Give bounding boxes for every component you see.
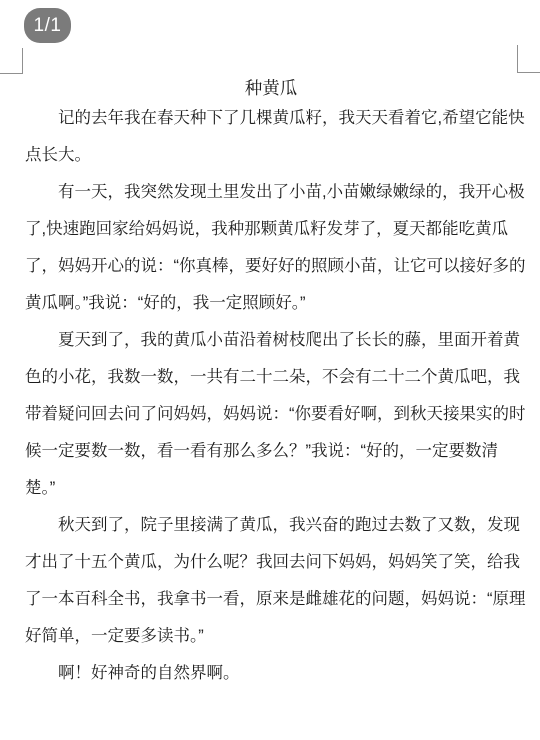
text-line: 了一本百科全书，我拿书一看，原来是雌雄花的问题，妈妈说：“原理 (25, 581, 517, 618)
crop-corner-left-icon (0, 48, 23, 74)
scan-page: { "viewer": { "page_indicator": "1/1", "… (0, 0, 540, 740)
text-line: 点长大。 (25, 137, 517, 174)
text-line: 啊！好神奇的自然界啊。 (25, 655, 517, 692)
page-indicator-badge[interactable]: 1/1 (24, 8, 71, 43)
document-title: 种黄瓜 (25, 77, 517, 100)
text-line: 楚。” (25, 470, 517, 507)
crop-corner-right-icon (517, 45, 540, 73)
document-content: 种黄瓜 记的去年我在春天种下了几棵黄瓜籽，我天天看着它,希望它能快点长大。有一天… (25, 77, 517, 692)
paragraph: 有一天，我突然发现土里发出了小苗,小苗嫩绿嫩绿的，我开心极了,快速跑回家给妈妈说… (25, 174, 517, 322)
text-line: 好简单，一定要多读书。” (25, 618, 517, 655)
text-line: 了,快速跑回家给妈妈说，我种那颗黄瓜籽发芽了，夏天都能吃黄瓜 (25, 211, 517, 248)
text-line: 带着疑问回去问了问妈妈，妈妈说：“你要看好啊，到秋天接果实的时 (25, 396, 517, 433)
text-line: 黄瓜啊。”我说：“好的，我一定照顾好。” (25, 285, 517, 322)
document-body: 记的去年我在春天种下了几棵黄瓜籽，我天天看着它,希望它能快点长大。有一天，我突然… (25, 100, 517, 692)
text-line: 记的去年我在春天种下了几棵黄瓜籽，我天天看着它,希望它能快 (25, 100, 517, 137)
text-line: 了，妈妈开心的说：“你真棒，要好好的照顾小苗，让它可以接好多的 (25, 248, 517, 285)
text-line: 有一天，我突然发现土里发出了小苗,小苗嫩绿嫩绿的，我开心极 (25, 174, 517, 211)
paragraph: 记的去年我在春天种下了几棵黄瓜籽，我天天看着它,希望它能快点长大。 (25, 100, 517, 174)
paragraph: 秋天到了，院子里接满了黄瓜，我兴奋的跑过去数了又数，发现才出了十五个黄瓜，为什么… (25, 507, 517, 655)
text-line: 色的小花，我数一数，一共有二十二朵，不会有二十二个黄瓜吧，我 (25, 359, 517, 396)
paragraph: 夏天到了，我的黄瓜小苗沿着树枝爬出了长长的藤，里面开着黄色的小花，我数一数，一共… (25, 322, 517, 507)
text-line: 夏天到了，我的黄瓜小苗沿着树枝爬出了长长的藤，里面开着黄 (25, 322, 517, 359)
paragraph: 啊！好神奇的自然界啊。 (25, 655, 517, 692)
text-line: 才出了十五个黄瓜，为什么呢？我回去问下妈妈，妈妈笑了笑，给我 (25, 544, 517, 581)
text-line: 候一定要数一数，看一看有那么多么？”我说：“好的，一定要数清 (25, 433, 517, 470)
text-line: 秋天到了，院子里接满了黄瓜，我兴奋的跑过去数了又数，发现 (25, 507, 517, 544)
